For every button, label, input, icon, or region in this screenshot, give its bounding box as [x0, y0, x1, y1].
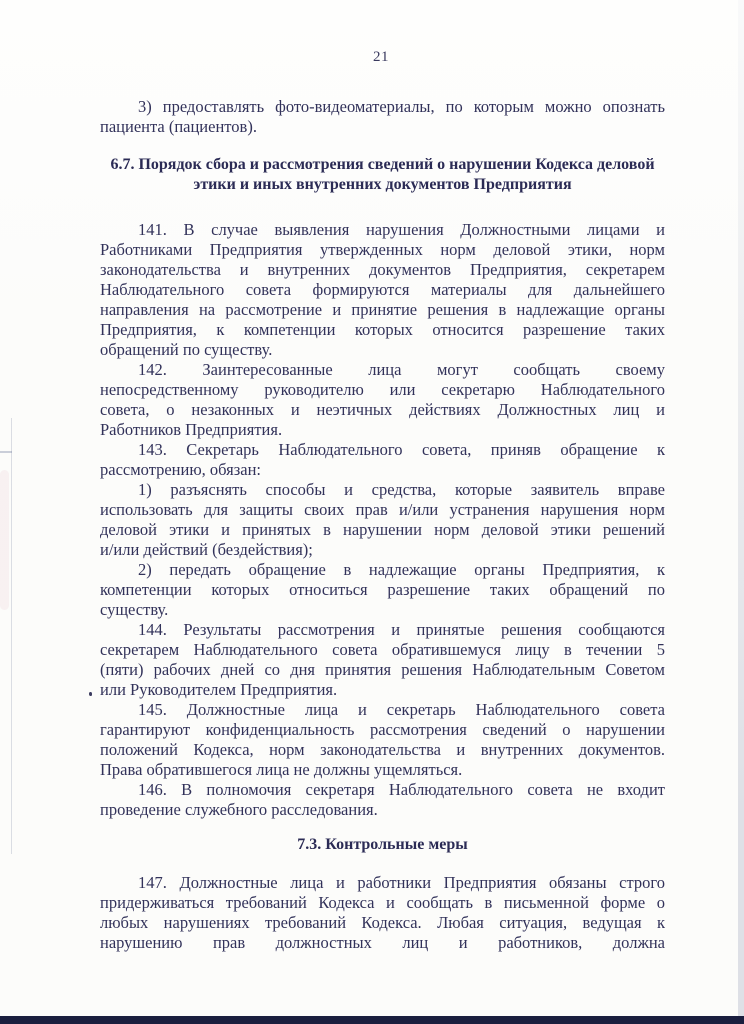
scan-bottom-edge	[0, 1016, 744, 1024]
subitem-1-line-1: 1) разъяснять способы и средства, которы…	[100, 480, 665, 500]
para-142-line-3: совета, о незаконных и неэтичных действи…	[100, 400, 665, 420]
para-145-line-1: 145. Должностные лица и секретарь Наблюд…	[100, 700, 665, 720]
para-141-line-6: Предприятия, к компетенции которых относ…	[100, 320, 665, 340]
para-147: 147. Должностные лица и работники Предпр…	[100, 873, 665, 953]
subitem-1: 1) разъяснять способы и средства, которы…	[100, 480, 665, 560]
para-141-line-4: Наблюдательного совета формируются матер…	[100, 280, 665, 300]
para-144-line-2: секретарем Наблюдательного совета обрати…	[100, 640, 665, 660]
para-143-line-2: рассмотрению, обязан:	[100, 460, 665, 480]
para-146: 146. В полномочия секретаря Наблюдательн…	[100, 780, 665, 820]
item-3-line-1: 3) предоставлять фото-видеоматериалы, по…	[100, 97, 665, 117]
subitem-1-line-2: использовать для защиты своих прав и/или…	[100, 500, 665, 520]
heading-6-7-line-1: 6.7. Порядок сбора и рассмотрения сведен…	[100, 155, 665, 175]
heading-6-7: 6.7. Порядок сбора и рассмотрения сведен…	[100, 155, 665, 195]
subitem-2-line-1: 2) передать обращение в надлежащие орган…	[100, 560, 665, 580]
scan-right-edge	[738, 0, 744, 1024]
scan-edge-tick	[0, 451, 12, 453]
para-144-line-1: 144. Результаты рассмотрения и принятые …	[100, 620, 665, 640]
subitem-2: 2) передать обращение в надлежащие орган…	[100, 560, 665, 620]
page-number: 21	[0, 49, 744, 66]
para-147-line-2: придерживаться требований Кодекса и сооб…	[100, 893, 665, 913]
para-141-line-3: законодательства и внутренних документов…	[100, 260, 665, 280]
para-142-line-2: непосредственному руководителю или секре…	[100, 380, 665, 400]
item-3-line-2: пациента (пациентов).	[100, 117, 665, 137]
para-141-line-7: обращений по существу.	[100, 340, 665, 360]
scan-smudge	[0, 470, 9, 610]
item-3: 3) предоставлять фото-видеоматериалы, по…	[100, 97, 665, 137]
scan-crease-line	[11, 418, 12, 854]
heading-7-3: 7.3. Контрольные меры	[100, 835, 665, 855]
para-143-line-1: 143. Секретарь Наблюдательного совета, п…	[100, 440, 665, 460]
para-145-line-3: положений Кодекса, норм законодательства…	[100, 740, 665, 760]
subitem-2-line-3: существу.	[100, 600, 665, 620]
para-146-line-1: 146. В полномочия секретаря Наблюдательн…	[100, 780, 665, 800]
para-144-line-4: или Руководителем Предприятия.	[100, 680, 665, 700]
heading-6-7-line-2: этики и иных внутренних документов Предп…	[100, 175, 665, 195]
para-143: 143. Секретарь Наблюдательного совета, п…	[100, 440, 665, 480]
para-141: 141. В случае выявления нарушения Должно…	[100, 220, 665, 360]
para-146-line-2: проведение служебного расследования.	[100, 800, 665, 820]
para-141-line-2: Работниками Предприятия утвержденных нор…	[100, 240, 665, 260]
para-145: 145. Должностные лица и секретарь Наблюд…	[100, 700, 665, 780]
stray-ink-mark	[89, 692, 92, 696]
para-142: 142. Заинтересованные лица могут сообщат…	[100, 360, 665, 440]
scanned-page: 21 3) предоставлять фото-видеоматериалы,…	[0, 0, 744, 1024]
subitem-1-line-3: деловой этики и принятых в нарушении нор…	[100, 520, 665, 540]
document-body: 3) предоставлять фото-видеоматериалы, по…	[100, 97, 665, 953]
para-144: 144. Результаты рассмотрения и принятые …	[100, 620, 665, 700]
para-142-line-1: 142. Заинтересованные лица могут сообщат…	[100, 360, 665, 380]
subitem-2-line-2: компетенции которых относиться разрешени…	[100, 580, 665, 600]
subitem-1-line-4: и/или действий (бездействия);	[100, 540, 665, 560]
para-147-line-3: любых нарушениях требований Кодекса. Люб…	[100, 913, 665, 933]
para-144-line-3: (пяти) рабочих дней со дня принятия реше…	[100, 660, 665, 680]
para-141-line-1: 141. В случае выявления нарушения Должно…	[100, 220, 665, 240]
para-141-line-5: направления на рассмотрение и принятие р…	[100, 300, 665, 320]
para-147-line-1: 147. Должностные лица и работники Предпр…	[100, 873, 665, 893]
para-142-line-4: Работников Предприятия.	[100, 420, 665, 440]
para-145-line-4: Права обратившегося лица не должны ущемл…	[100, 760, 665, 780]
heading-7-3-line-1: 7.3. Контрольные меры	[100, 835, 665, 855]
para-145-line-2: гарантируют конфиденциальность рассмотре…	[100, 720, 665, 740]
para-147-line-4: нарушению прав должностных лиц и работни…	[100, 933, 665, 953]
